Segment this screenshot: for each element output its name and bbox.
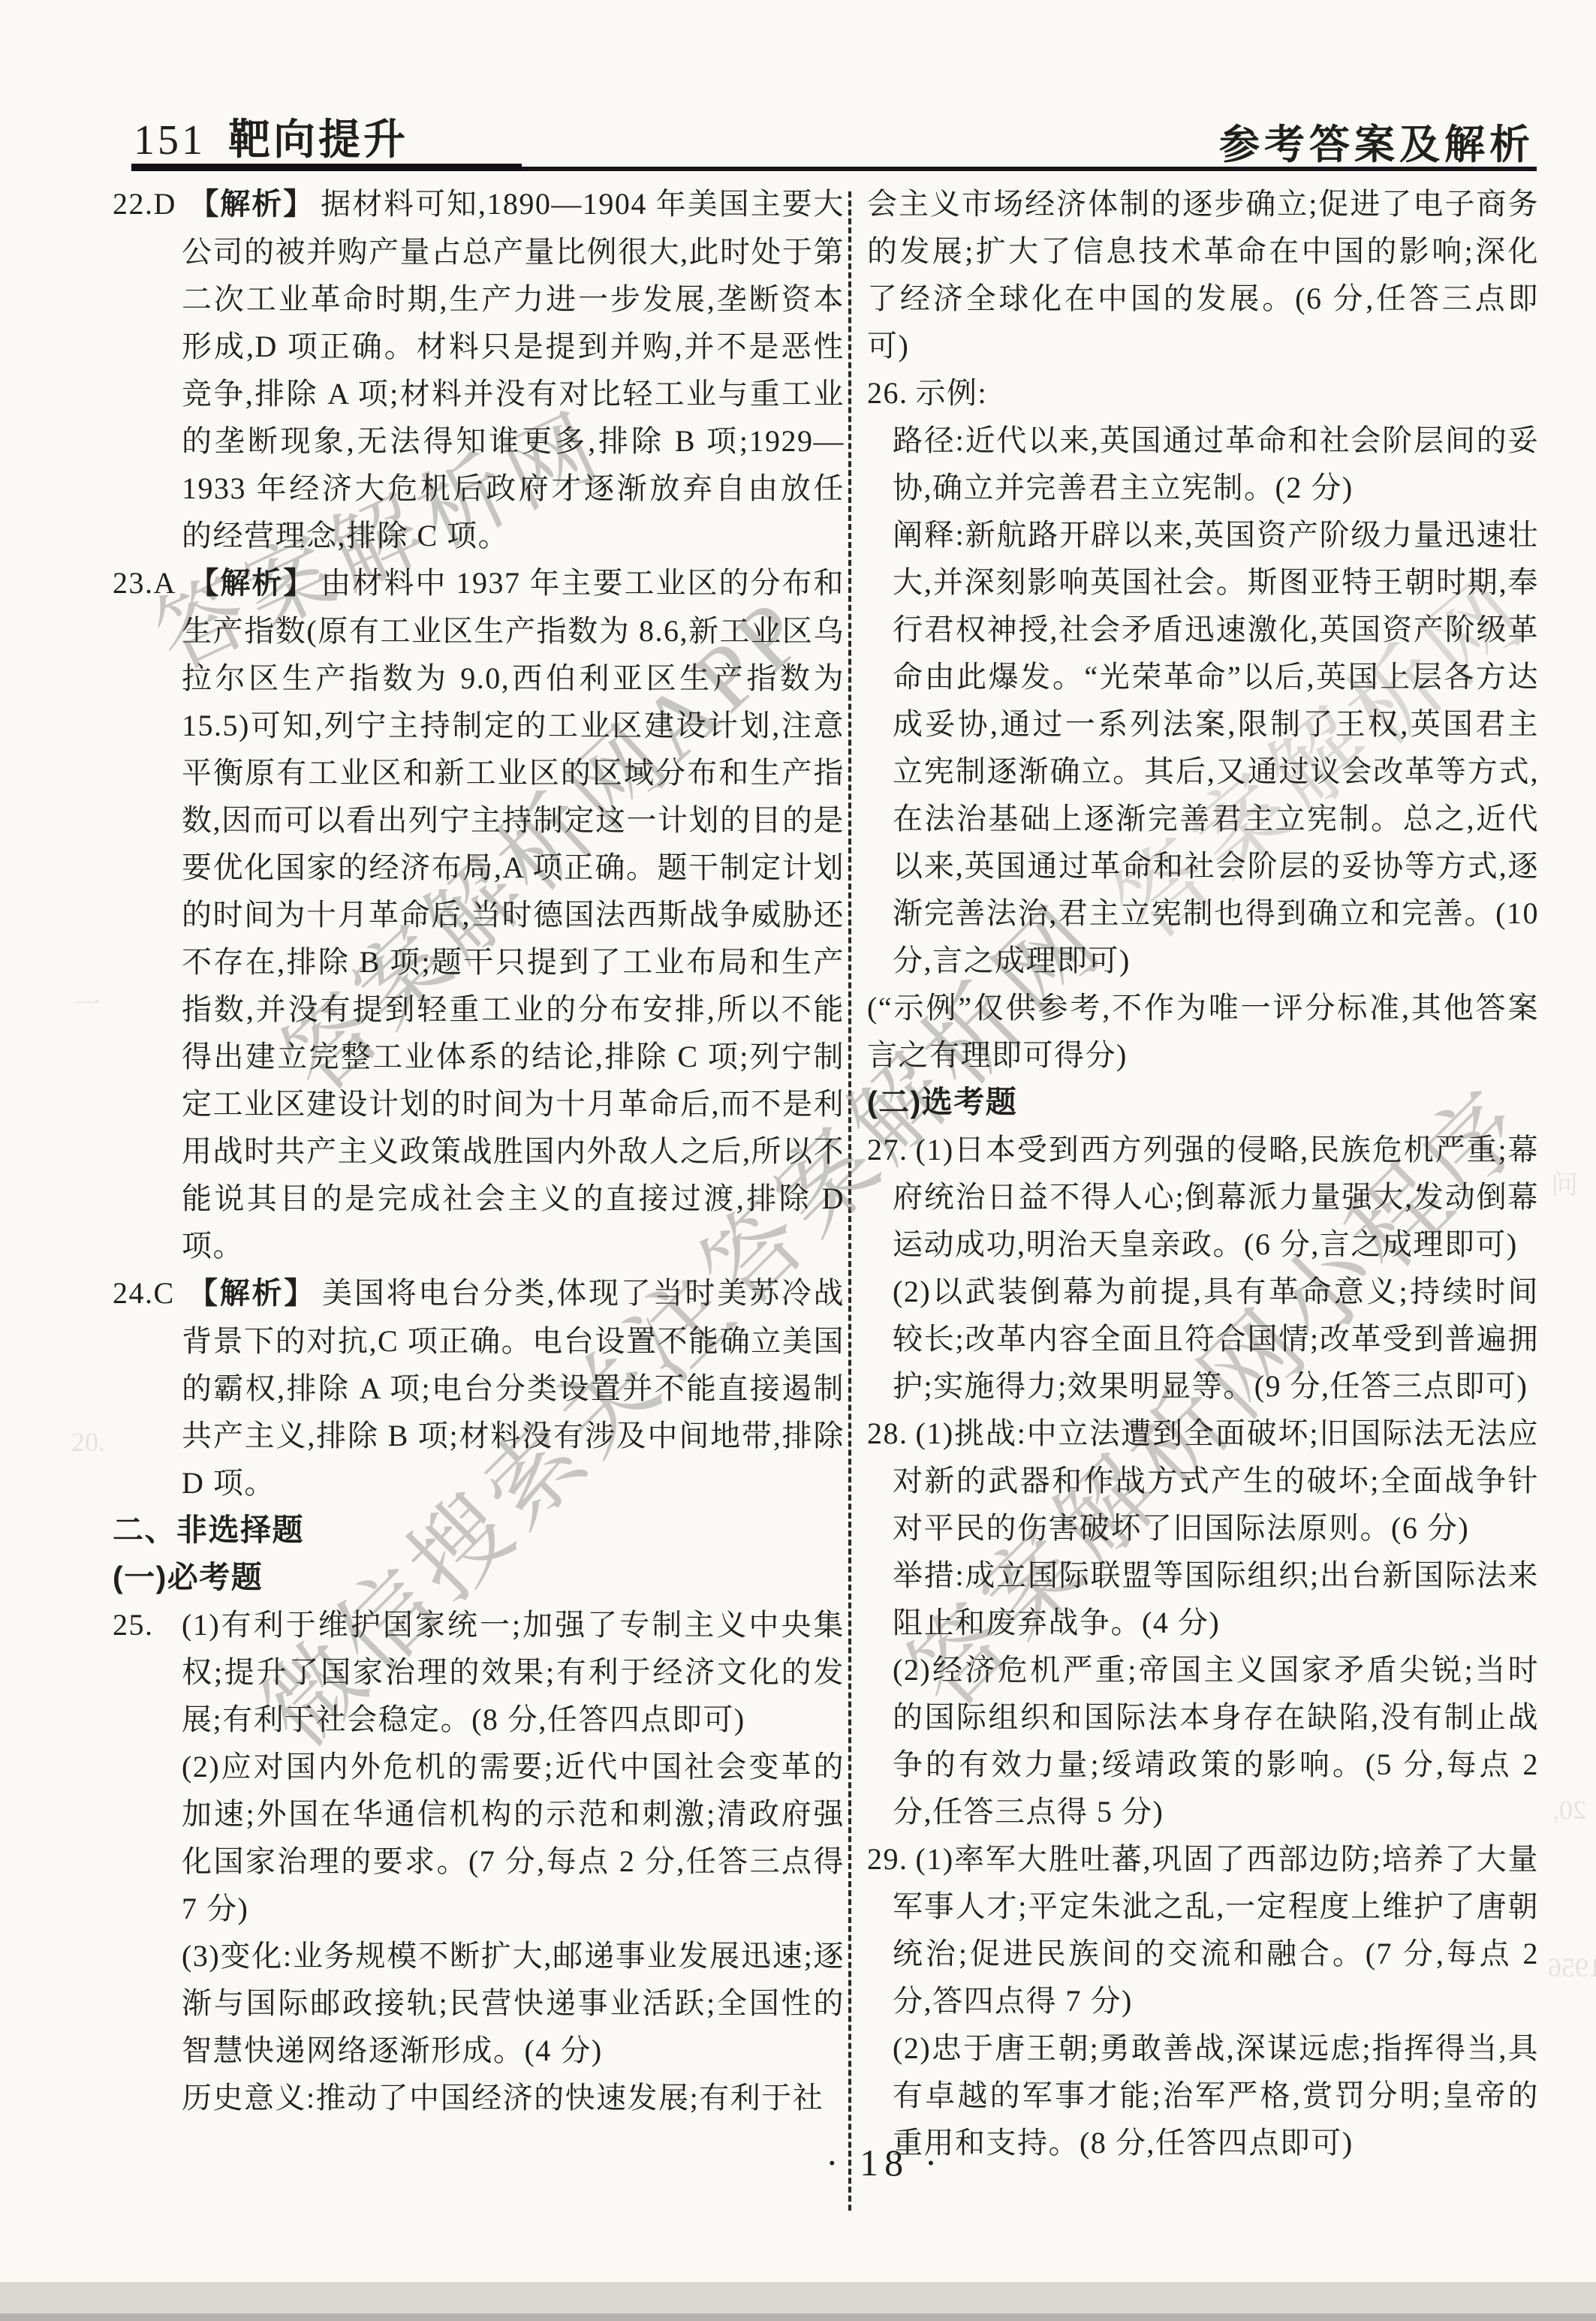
answer-item-23: 23.A【解析】由材料中 1937 年主要工业区的分布和生产指数(原有工业区生产… — [113, 559, 845, 1269]
right-column: 会主义市场经济体制的逐步确立;促进了电子商务的发展;扩大了信息技术革命在中国的影… — [867, 180, 1539, 2166]
bleed-mark: 问 — [1551, 1164, 1578, 1202]
page-header-left: 151靶向提升 — [134, 107, 408, 167]
answer-item-27: 27.(1)日本受到西方列强的侵略,民族危机严重;幕府统治日益不得人心;倒幕派力… — [867, 1126, 1539, 1410]
item-number: 25. — [113, 1601, 182, 1648]
bleed-mark: 一 — [74, 983, 101, 1022]
part-heading-optional: (二)选考题 — [867, 1079, 1539, 1126]
item-text: (3)变化:业务规模不断扩大,邮递事业发展迅速;逐渐与国际邮政接轨;民营快递事业… — [182, 1932, 845, 2074]
item-number: 22.D — [113, 187, 188, 221]
answer-item-25: 25.(1)有利于维护国家统一;加强了专制主义中央集权;提升了国家治理的效果;有… — [113, 1601, 845, 2121]
bleed-mark: 20. — [71, 1426, 105, 1458]
item-number: 24.C — [113, 1276, 187, 1310]
answer-item-26: 26.示例: 路径:近代以来,英国通过革命和社会阶层间的妥协,确立并完善君主立宪… — [867, 369, 1539, 984]
item-text: 阐释:新航路开辟以来,英国资产阶级力量迅速壮大,并深刻影响英国社会。斯图亚特王朝… — [893, 511, 1539, 984]
item-text: (2)忠于唐王朝;勇敢善战,深谋远虑;指挥得当,具有卓越的军事才能;治军严格,赏… — [893, 2024, 1539, 2166]
header-rule-thick-segment — [131, 164, 522, 171]
answer-item-22: 22.D【解析】据材料可知,1890—1904 年美国主要大公司的被并购产量占总… — [113, 180, 845, 559]
item-text: 由材料中 1937 年主要工业区的分布和生产指数(原有工业区生产指数为 8.6,… — [182, 566, 845, 1263]
booklet-title: 靶向提升 — [228, 116, 408, 163]
item-number: 28. — [867, 1416, 916, 1450]
analysis-tag: 【解析】 — [188, 188, 321, 221]
item-number: 29. — [867, 1842, 916, 1876]
analysis-tag: 【解析】 — [188, 567, 321, 600]
answer-item-29: 29.(1)率军大胜吐蕃,巩固了西部边防;培养了大量军事人才;平定朱泚之乱,一定… — [867, 1835, 1539, 2166]
part-heading-required: (一)必考题 — [113, 1554, 845, 1601]
item-text: (1)有利于维护国家统一;加强了专制主义中央集权;提升了国家治理的效果;有利于经… — [182, 1608, 845, 1736]
bleed-mark: 1956 — [1548, 1952, 1596, 1983]
section-heading-non-choice: 二、非选择题 — [113, 1507, 845, 1554]
item-25-continuation: 会主义市场经济体制的逐步确立;促进了电子商务的发展;扩大了信息技术革命在中国的影… — [867, 180, 1539, 369]
item-text: 示例: — [916, 376, 988, 410]
item-text: 举措:成立国际联盟等国际组织;出台新国际法来阻止和废弃战争。(4 分) — [893, 1552, 1539, 1646]
scanned-answer-page: 答案解析网 答案解析网APP 微信搜索关注答案解析网 答案解析网 答案解析网小程… — [0, 0, 1596, 2321]
left-column: 22.D【解析】据材料可知,1890—1904 年美国主要大公司的被并购产量占总… — [113, 180, 845, 2121]
item-text: 据材料可知,1890—1904 年美国主要大公司的被并购产量占总产量比例很大,此… — [182, 187, 845, 552]
answer-item-24: 24.C【解析】美国将电台分类,体现了当时美苏冷战背景下的对抗,C 项正确。电台… — [113, 1269, 845, 1507]
item-number: 26. — [867, 376, 916, 410]
scan-edge-line — [0, 2313, 1596, 2321]
item-text: 历史意义:推动了中国经济的快速发展;有利于社 — [182, 2074, 845, 2121]
booklet-number: 151 — [134, 117, 218, 164]
item-text: (2)经济危机严重;帝国主义国家矛盾尖锐;当时的国际组织和国际法本身存在缺陷,没… — [893, 1646, 1539, 1835]
page-header-right-title: 参考答案及解析 — [1219, 113, 1534, 170]
item-text: (1)日本受到西方列强的侵略,民族危机严重;幕府统治日益不得人心;倒幕派力量强大… — [893, 1133, 1539, 1261]
item-number: 27. — [867, 1133, 916, 1167]
answer-item-28: 28.(1)挑战:中立法遭到全面破坏;旧国际法无法应对新的武器和作战方式产生的破… — [867, 1410, 1539, 1835]
bleed-mark: 20, — [1552, 1794, 1586, 1826]
item-text: (2)应对国内外危机的需要;近代中国社会变革的加速;外国在华通信机构的示范和刺激… — [182, 1743, 845, 1932]
item-number: 23.A — [113, 566, 188, 600]
item-text: (2)以武装倒幕为前提,具有革命意义;持续时间较长;改革内容全面且符合国情;改革… — [893, 1268, 1539, 1410]
item-text: 路径:近代以来,英国通过革命和社会阶层间的妥协,确立并完善君主立宪制。(2 分) — [893, 417, 1539, 511]
item-text: (1)挑战:中立法遭到全面破坏;旧国际法无法应对新的武器和作战方式产生的破坏;全… — [893, 1416, 1539, 1545]
analysis-tag: 【解析】 — [187, 1277, 322, 1310]
grading-note: (“示例”仅供参考,不作为唯一评分标准,其他答案言之有理即可得分) — [867, 984, 1539, 1079]
page-number: · 18 · — [826, 2141, 943, 2184]
item-text: (1)率军大胜吐蕃,巩固了西部边防;培养了大量军事人才;平定朱泚之乱,一定程度上… — [893, 1842, 1539, 2018]
